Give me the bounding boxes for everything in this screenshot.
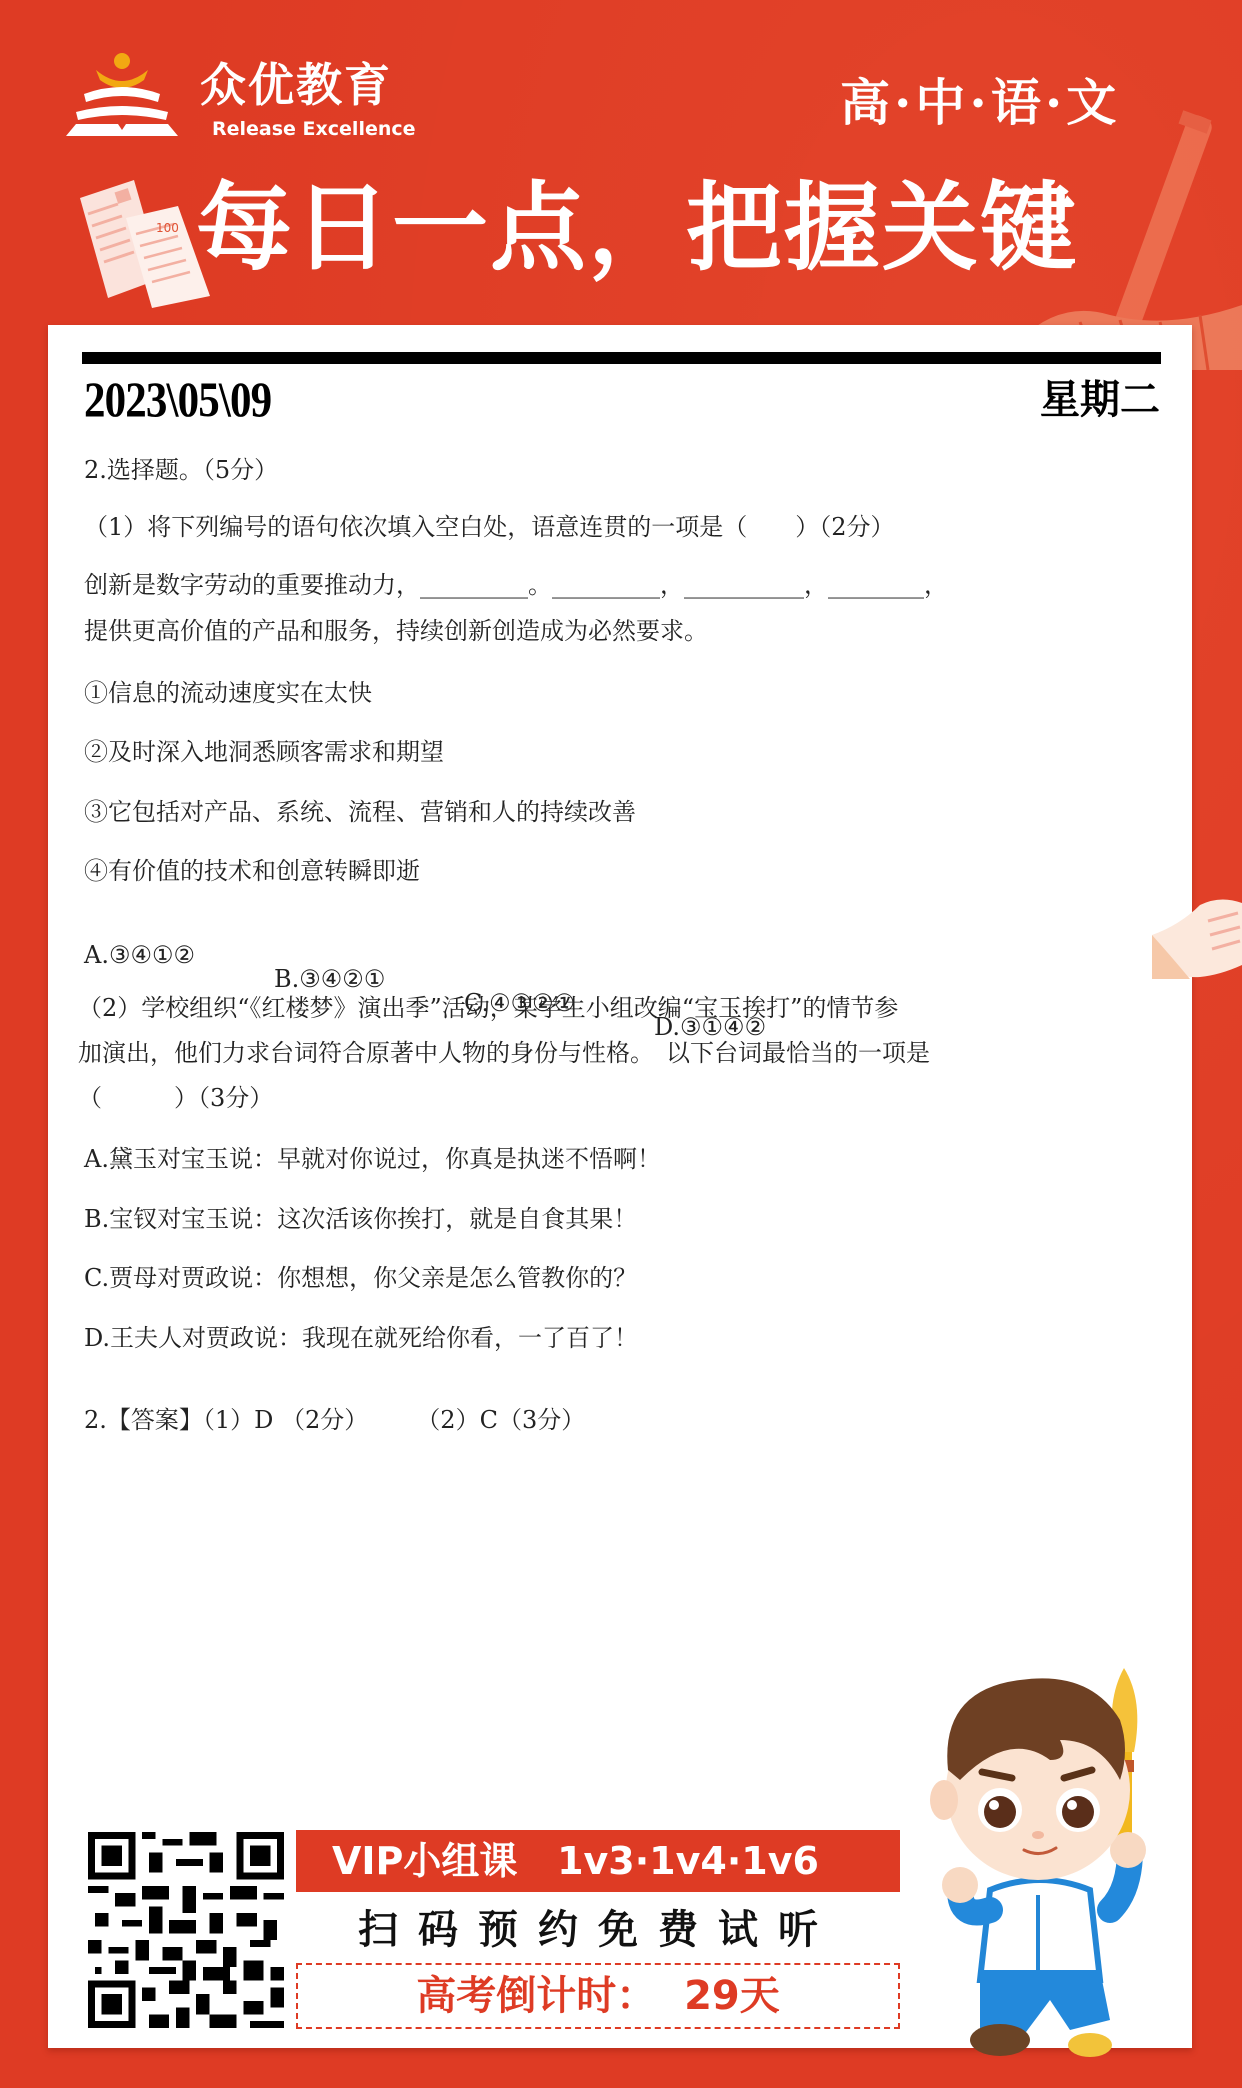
question-title: 2.选择题。（5分）: [84, 458, 278, 482]
exam-countdown: 高考倒计时： 29天: [296, 1963, 900, 2029]
passage-line-1: 创新是数字劳动的重要推动力，_________。_________，______…: [84, 573, 948, 597]
scan-to-book-label: 扫码预约免费试听: [296, 1900, 900, 1960]
answer-line: 2.【答案】（1）D （2分） （2）C（3分）: [84, 1408, 585, 1432]
part2-prompt-line-3: （ ）（3分）: [78, 1086, 273, 1110]
sentence-4: ④有价值的技术和创意转瞬即逝: [84, 859, 420, 883]
student-mascot-icon: [920, 1660, 1170, 2060]
part2-prompt-line-1: （2）学校组织“《红楼梦》演出季”活动，某学生小组改编“宝玉挨打”的情节参: [78, 996, 898, 1020]
exam-papers-icon: 100: [72, 178, 212, 308]
header-rule: [82, 352, 1161, 364]
brand-name: 众优教育: [200, 62, 392, 108]
sentence-1: ①信息的流动速度实在太快: [84, 681, 372, 705]
part2-prompt-line-2: 加演出，他们力求台词符合原著中人物的身份与性格。 以下台词最恰当的一项是: [78, 1041, 930, 1065]
part1-option-b: B.③④②①: [274, 967, 385, 991]
part2-option-c: C.贾母对贾政说：你想想，你父亲是怎么管教你的？: [84, 1266, 637, 1290]
part1-prompt: （1）将下列编号的语句依次填入空白处，语意连贯的一项是（ ）（2分）: [84, 515, 895, 539]
vip-course-banner[interactable]: VIP小组课 1v3·1v4·1v6: [296, 1830, 900, 1892]
sentence-3: ③它包括对产品、系统、流程、营销和人的持续改善: [84, 800, 636, 824]
part2-option-a: A.黛玉对宝玉说：早就对你说过，你真是执迷不悟啊！: [84, 1147, 661, 1171]
brand-tagline: Release Excellence: [212, 120, 416, 139]
part1-option-a: A.③④①②: [84, 943, 195, 967]
paper-scroll-decoration-icon: [1150, 895, 1242, 979]
slogan-headline: 每日一点，把握关键: [196, 180, 1078, 276]
subject-title: 高·中·语·文: [840, 78, 1120, 128]
weekday-label: 星期二: [1040, 373, 1160, 427]
qr-code-icon[interactable]: [88, 1832, 284, 2028]
date-label: 2023\05\09: [84, 369, 271, 429]
sentence-2: ②及时深入地洞悉顾客需求和期望: [84, 740, 444, 764]
svg-text:100: 100: [156, 221, 179, 235]
part2-option-d: D.王夫人对贾政说：我现在就死给你看，一了百了！: [84, 1326, 638, 1350]
passage-line-2: 提供更高价值的产品和服务，持续创新创造成为必然要求。: [84, 619, 708, 643]
zhongyou-logo-icon: [66, 52, 178, 136]
part2-option-b: B.宝钗对宝玉说：这次活该你挨打，就是自食其果！: [84, 1207, 637, 1231]
